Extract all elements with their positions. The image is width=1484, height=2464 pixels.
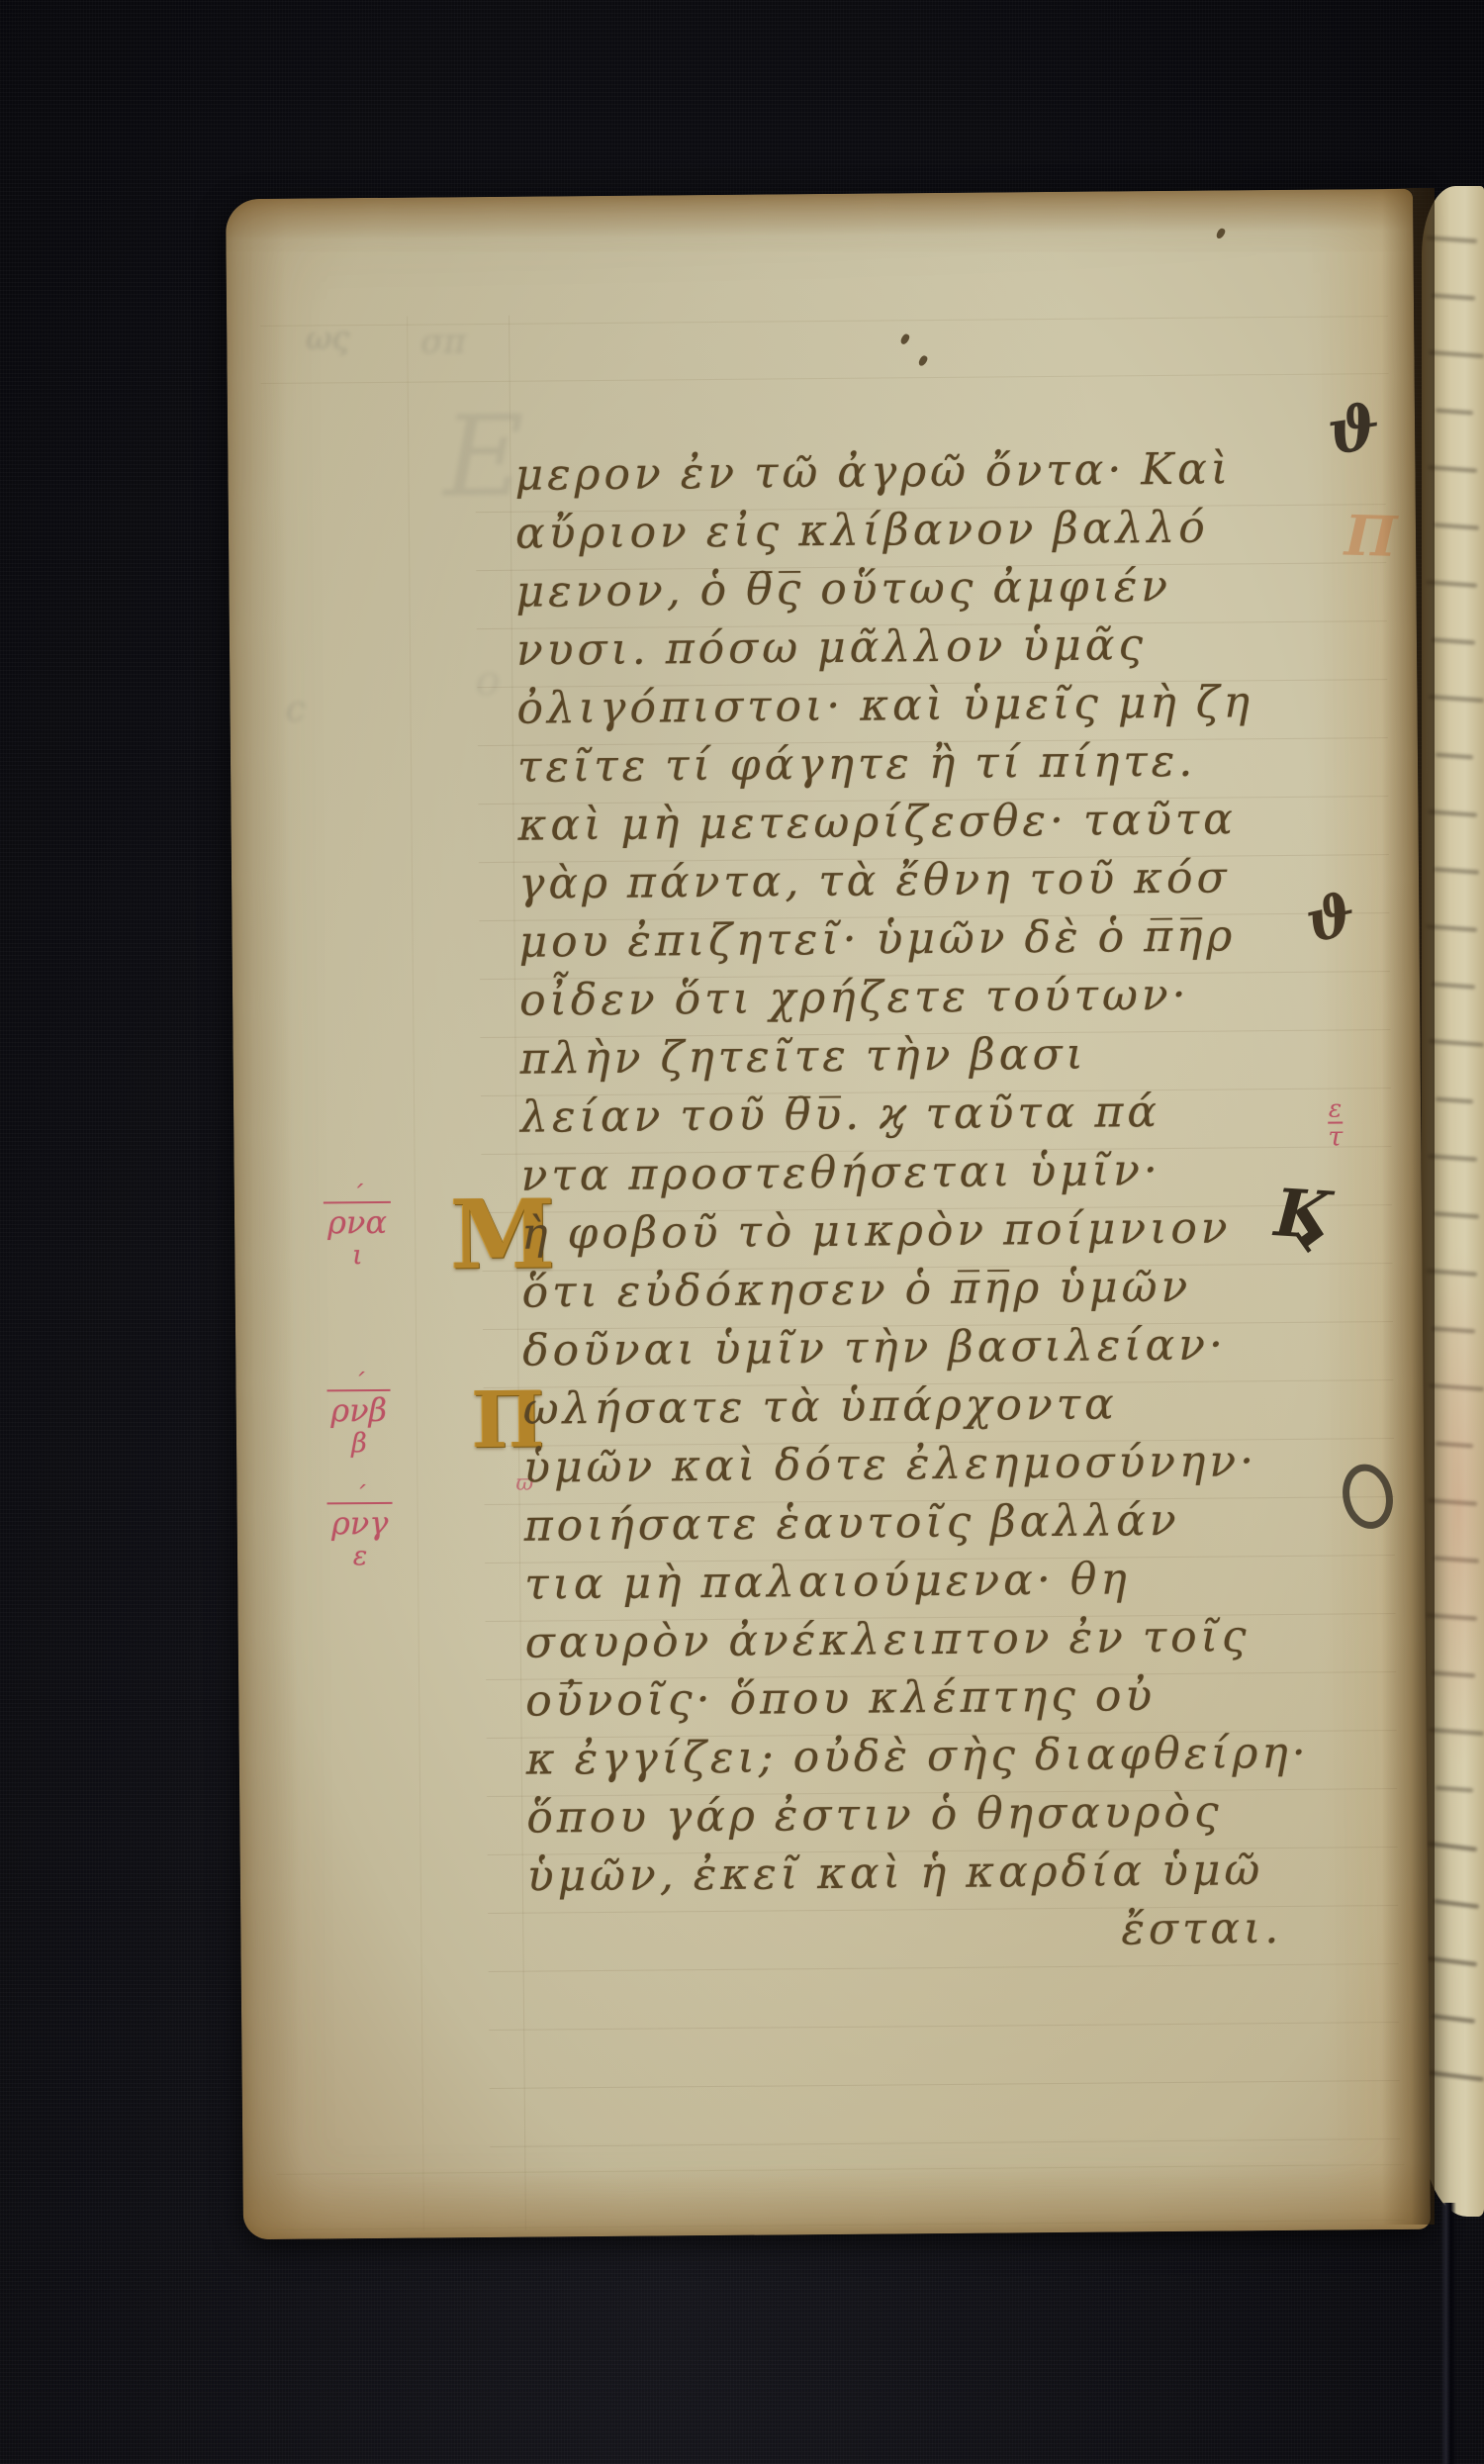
edge-text-line [1428,1154,1477,1161]
edge-text-line [1432,1326,1475,1333]
text-line: νυσι. πόσω μᾶλλον ὑμᾶς [516,614,1417,680]
edge-text-line [1432,2014,1475,2023]
ghost-letter: Ε [443,393,525,522]
eusebian-section-numbers: ´ρναι´ρνββ´ρνγε [226,189,1413,199]
edge-text-line [1429,2071,1484,2082]
edge-text-line [1428,465,1477,472]
eusebian-part: ´ [298,1488,420,1503]
ink-speck [1215,228,1226,240]
ruled-line [489,2022,1399,2031]
text-line: ὅτι εὐδόκησεν ὁ π̅η̅ρ ὑμῶν [521,1256,1422,1322]
text-line: κ ἐγγίζει; οὐδὲ σὴς διαφθείρη· [526,1723,1427,1789]
edge-text-line [1436,1442,1473,1449]
edge-text-line [1432,982,1475,989]
ghost-letter: ο [475,656,501,705]
edge-text-line [1436,409,1473,416]
edge-text-line [1429,350,1484,358]
eusebian-number: ´ρνββ [297,1375,420,1461]
text-line: ὑμῶν, ἐκεῖ καὶ ἡ καρδία ὑμῶ [527,1840,1428,1906]
edge-text-line [1428,809,1477,816]
edge-text-line [1434,1211,1479,1218]
cloth-seam [1440,2203,1456,2464]
text-line: τια μὴ παλαιούμενα· θη [524,1548,1425,1614]
text-line: μενον, ὁ θ̅ς̅ οὕτως ἀμφιέν [515,555,1416,621]
text-line: πλὴν ζητεῖτε τὴν βασι [519,1022,1420,1089]
eusebian-part: ´ [296,1187,418,1202]
edge-text-line [1429,1728,1484,1736]
text-line-final: ἔσται. [1121,1898,1429,1959]
edge-text-line [1436,753,1473,760]
edge-text-line [1428,1498,1477,1505]
eusebian-part: ρνβ [326,1389,391,1429]
ruling-lines [226,189,1413,199]
text-line: τεῖτε τί φάγητε ἢ τί πίητε. [517,730,1418,797]
edge-text-line [1429,695,1484,703]
text-line: λείαν τοῦ θ̅υ̅. ϗ ταῦτα πά [520,1081,1421,1147]
text-line: μου ἐπιζητεῖ· ὑμῶν δὲ ὁ π̅η̅ρ [518,905,1419,972]
edge-text-line [1432,1670,1475,1677]
edge-text-line [1434,522,1479,529]
manuscript-page: ωςσπΕϲο Μ Π ´ρναι´ρνββ´ρνγε ϑΠϑϏ ε τ ϖ μ… [226,189,1431,2239]
ink-speck [917,354,928,367]
eusebian-part: ρνγ [327,1502,393,1542]
edge-text-line [1434,867,1479,874]
edge-text-line [1428,1842,1477,1851]
eusebian-part: β [298,1428,420,1461]
ruled-guide [407,317,424,2231]
text-line: δοῦναι ὑμῖν τὴν βασιλείαν· [522,1314,1423,1380]
ghost-letter: ϲ [285,690,306,730]
text-line: οὐ̅νοῖς· ὅπου κλέπτης οὐ [525,1664,1426,1731]
edge-text-line [1429,1383,1484,1391]
ruled-line [489,1963,1399,1972]
text-line: γὰρ πάντα, τὰ ἔθνη τοῦ κόσ [518,847,1419,913]
text-line: σαυρὸν ἀνέκλειπτον ἐν τοῖς [525,1606,1426,1672]
ruled-line [277,2220,1405,2230]
text-line: ὴ φοβοῦ τὸ μικρὸν ποίμνιον [521,1197,1422,1264]
offset-ink-ghosts: ωςσπΕϲο [226,189,1413,199]
eusebian-part: ρνα [324,1201,391,1241]
eusebian-number: ´ρναι [296,1187,419,1273]
ink-speck [899,332,910,345]
text-line: μερον ἐν τῶ ἀγρῶ ὄντα· Καὶ [514,438,1415,505]
text-line: ωλήσατε τὰ ὑπάρχοντα [522,1373,1423,1439]
edge-text-line [1429,1039,1484,1047]
text-line: αὔριον εἰς κλίβανον βαλλό [515,497,1416,563]
ghost-letter: σπ [420,322,466,361]
photo-of-manuscript: ωςσπΕϲο Μ Π ´ρναι´ρνββ´ρνγε ϑΠϑϏ ε τ ϖ μ… [0,0,1484,2464]
text-line: ὑμῶν καὶ δότε ἐλεημοσύνην· [523,1431,1424,1497]
text-line: καὶ μὴ μετεωρίζεσθε· ταῦτα [517,789,1418,855]
ruled-line [276,2164,1404,2175]
text-line: ντα προστεθήσεται ὑμῖν· [520,1139,1421,1205]
text-line: ὅπου γάρ ἐστιν ὁ θησαυρὸς [526,1781,1427,1848]
edge-text-line [1432,637,1475,644]
margin-sigla: ϑΠϑϏ [226,189,1413,199]
edge-text-line [1434,1899,1479,1909]
edge-text-line [1436,1786,1473,1793]
eusebian-part: ε [299,1541,421,1573]
eusebian-part: ι [296,1240,418,1273]
page-gutter-shadow [1383,188,1435,2225]
text-line: οἶδεν ὅτι χρήζετε τούτων· [519,964,1420,1030]
eusebian-part: ´ [297,1375,419,1390]
edge-text-line [1436,1097,1473,1104]
ruled-line [490,2080,1400,2089]
ruled-line [261,373,1389,384]
edge-text-line [1432,293,1475,300]
text-line: ὀλιγόπιστοι· καὶ ὑμεῖς μὴ ζη [516,672,1417,738]
edge-text-line [1434,1556,1479,1563]
greek-text-block: μερον ἐν τῶ ἀγρῶ ὄντα· Καὶαὔριον εἰς κλί… [514,438,1428,1964]
ghost-letter: ως [306,319,349,356]
ruled-line [490,2138,1400,2147]
eusebian-number: ´ρνγε [298,1488,421,1573]
text-line: ποιήσατε ἑαυτοῖς βαλλάν [523,1489,1424,1556]
